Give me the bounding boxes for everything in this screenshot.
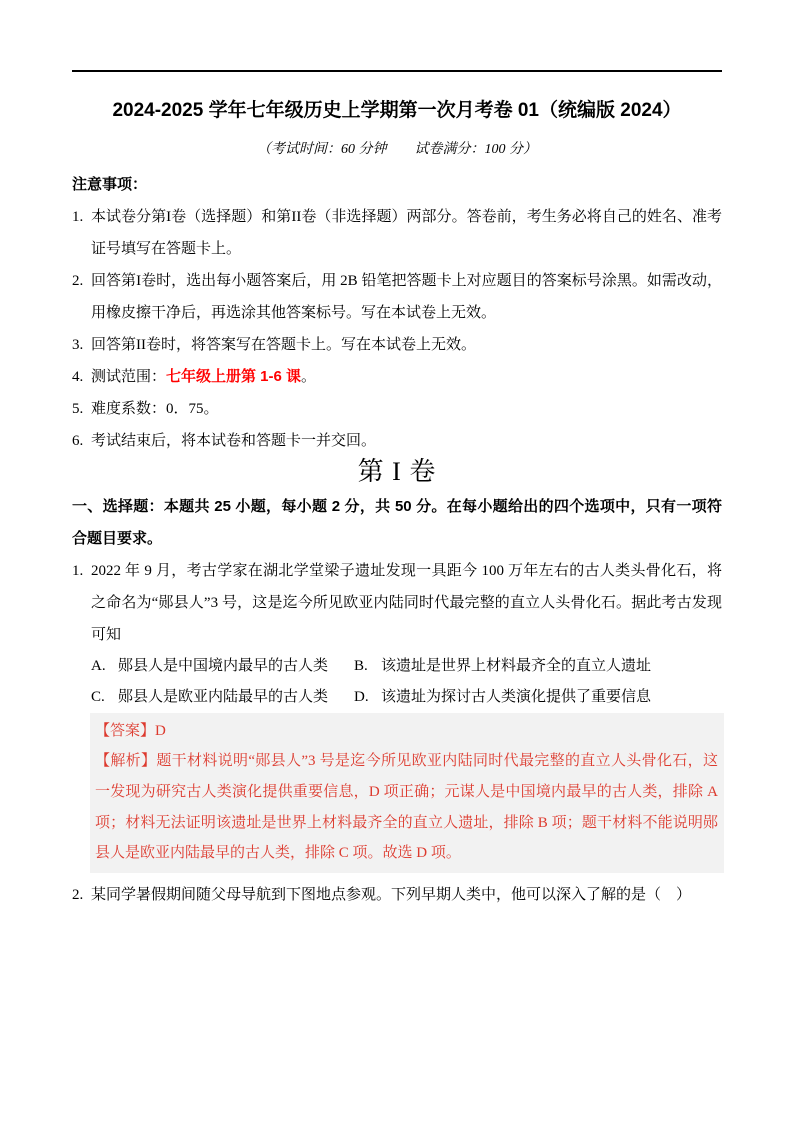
notice-item-text: 考试结束后，将本试卷和答题卡一并交回。 — [91, 433, 376, 449]
option-text: 郧县人是中国境内最早的古人类 — [118, 658, 328, 674]
question-stem: 某同学暑假期间随父母导航到下图地点参观。下列早期人类中，他可以深入了解的是（ ） — [91, 887, 691, 903]
exam-page: 2024-2025 学年七年级历史上学期第一次月考卷 01（统编版 2024） … — [0, 0, 793, 1122]
notice-item-number: 1. — [72, 201, 83, 233]
notice-item-2: 2.回答第I卷时，选出每小题答案后，用 2B 铅笔把答题卡上对应题目的答案标号涂… — [72, 265, 722, 329]
notice-item-number: 3. — [72, 329, 83, 361]
answer-value: D — [155, 723, 166, 739]
exam-title: 2024-2025 学年七年级历史上学期第一次月考卷 01（统编版 2024） — [72, 97, 722, 124]
page-content: 2024-2025 学年七年级历史上学期第一次月考卷 01（统编版 2024） … — [72, 0, 722, 911]
option-label: B. — [354, 651, 381, 682]
option-label: A. — [91, 651, 118, 682]
test-scope-highlight: 七年级上册第 1-6 课 — [166, 368, 301, 385]
option-text: 该遗址是世界上材料最齐全的直立人遗址 — [381, 658, 651, 674]
notice-item-1: 1.本试卷分第I卷（选择题）和第II卷（非选择题）两部分。答卷前，考生务必将自己… — [72, 201, 722, 265]
notice-item-text: 回答第II卷时，将答案写在答题卡上。写在本试卷上无效。 — [91, 337, 476, 353]
answer-line: 【答案】D — [95, 716, 718, 746]
options-row-1: A.郧县人是中国境内最早的古人类 B.该遗址是世界上材料最齐全的直立人遗址 — [91, 651, 722, 682]
option-label: D. — [354, 682, 381, 713]
options-row-2: C.郧县人是欧亚内陆最早的古人类 D.该遗址为探讨古人类演化提供了重要信息 — [91, 682, 722, 713]
analysis-label: 【解析】 — [95, 753, 156, 769]
option-label: C. — [91, 682, 118, 713]
answer-analysis-block: 【答案】D 【解析】题干材料说明“郧县人”3 号是迄今所见欧亚内陆同时代最完整的… — [90, 713, 724, 873]
notice-item-4: 4.测试范围：七年级上册第 1-6 课。 — [72, 361, 722, 393]
option-c: C.郧县人是欧亚内陆最早的古人类 — [91, 682, 354, 713]
notice-item-5: 5.难度系数：0．75。 — [72, 393, 722, 425]
notice-list: 1.本试卷分第I卷（选择题）和第II卷（非选择题）两部分。答卷前，考生务必将自己… — [72, 201, 722, 457]
notice-item-prefix: 测试范围： — [91, 369, 166, 385]
notice-item-text: 本试卷分第I卷（选择题）和第II卷（非选择题）两部分。答卷前，考生务必将自己的姓… — [91, 209, 722, 257]
notice-item-number: 5. — [72, 393, 83, 425]
notice-item-number: 2. — [72, 265, 83, 297]
option-a: A.郧县人是中国境内最早的古人类 — [91, 651, 354, 682]
exam-subtitle: （考试时间：60 分钟 试卷满分：100 分） — [72, 139, 722, 161]
notice-item-number: 4. — [72, 361, 83, 393]
section1-intro: 一、选择题：本题共 25 小题，每小题 2 分，共 50 分。在每小题给出的四个… — [72, 491, 722, 555]
notice-heading: 注意事项： — [72, 172, 722, 198]
question-1: 1.2022 年 9 月，考古学家在湖北学堂梁子遗址发现一具距今 100 万年左… — [72, 555, 722, 713]
notice-item-suffix: 。 — [301, 369, 316, 385]
notice-item-text: 难度系数：0．75。 — [91, 401, 219, 417]
answer-label: 【答案】 — [95, 723, 155, 739]
notice-item-text: 回答第I卷时，选出每小题答案后，用 2B 铅笔把答题卡上对应题目的答案标号涂黑。… — [91, 273, 722, 321]
part1-heading: 第 I 卷 — [72, 453, 722, 491]
notice-item-6: 6.考试结束后，将本试卷和答题卡一并交回。 — [72, 425, 722, 457]
notice-item-number: 6. — [72, 425, 83, 457]
notice-item-3: 3.回答第II卷时，将答案写在答题卡上。写在本试卷上无效。 — [72, 329, 722, 361]
question-number: 1. — [72, 555, 83, 587]
analysis-text: 题干材料说明“郧县人”3 号是迄今所见欧亚内陆同时代最完整的直立人头骨化石，这一… — [95, 753, 718, 861]
analysis-paragraph: 【解析】题干材料说明“郧县人”3 号是迄今所见欧亚内陆同时代最完整的直立人头骨化… — [95, 746, 718, 869]
option-text: 郧县人是欧亚内陆最早的古人类 — [118, 689, 328, 705]
option-text: 该遗址为探讨古人类演化提供了重要信息 — [381, 689, 651, 705]
option-d: D.该遗址为探讨古人类演化提供了重要信息 — [354, 682, 722, 713]
question-number: 2. — [72, 879, 83, 911]
question-2: 2.某同学暑假期间随父母导航到下图地点参观。下列早期人类中，他可以深入了解的是（… — [72, 879, 722, 911]
question-stem: 2022 年 9 月，考古学家在湖北学堂梁子遗址发现一具距今 100 万年左右的… — [91, 563, 722, 643]
option-b: B.该遗址是世界上材料最齐全的直立人遗址 — [354, 651, 722, 682]
